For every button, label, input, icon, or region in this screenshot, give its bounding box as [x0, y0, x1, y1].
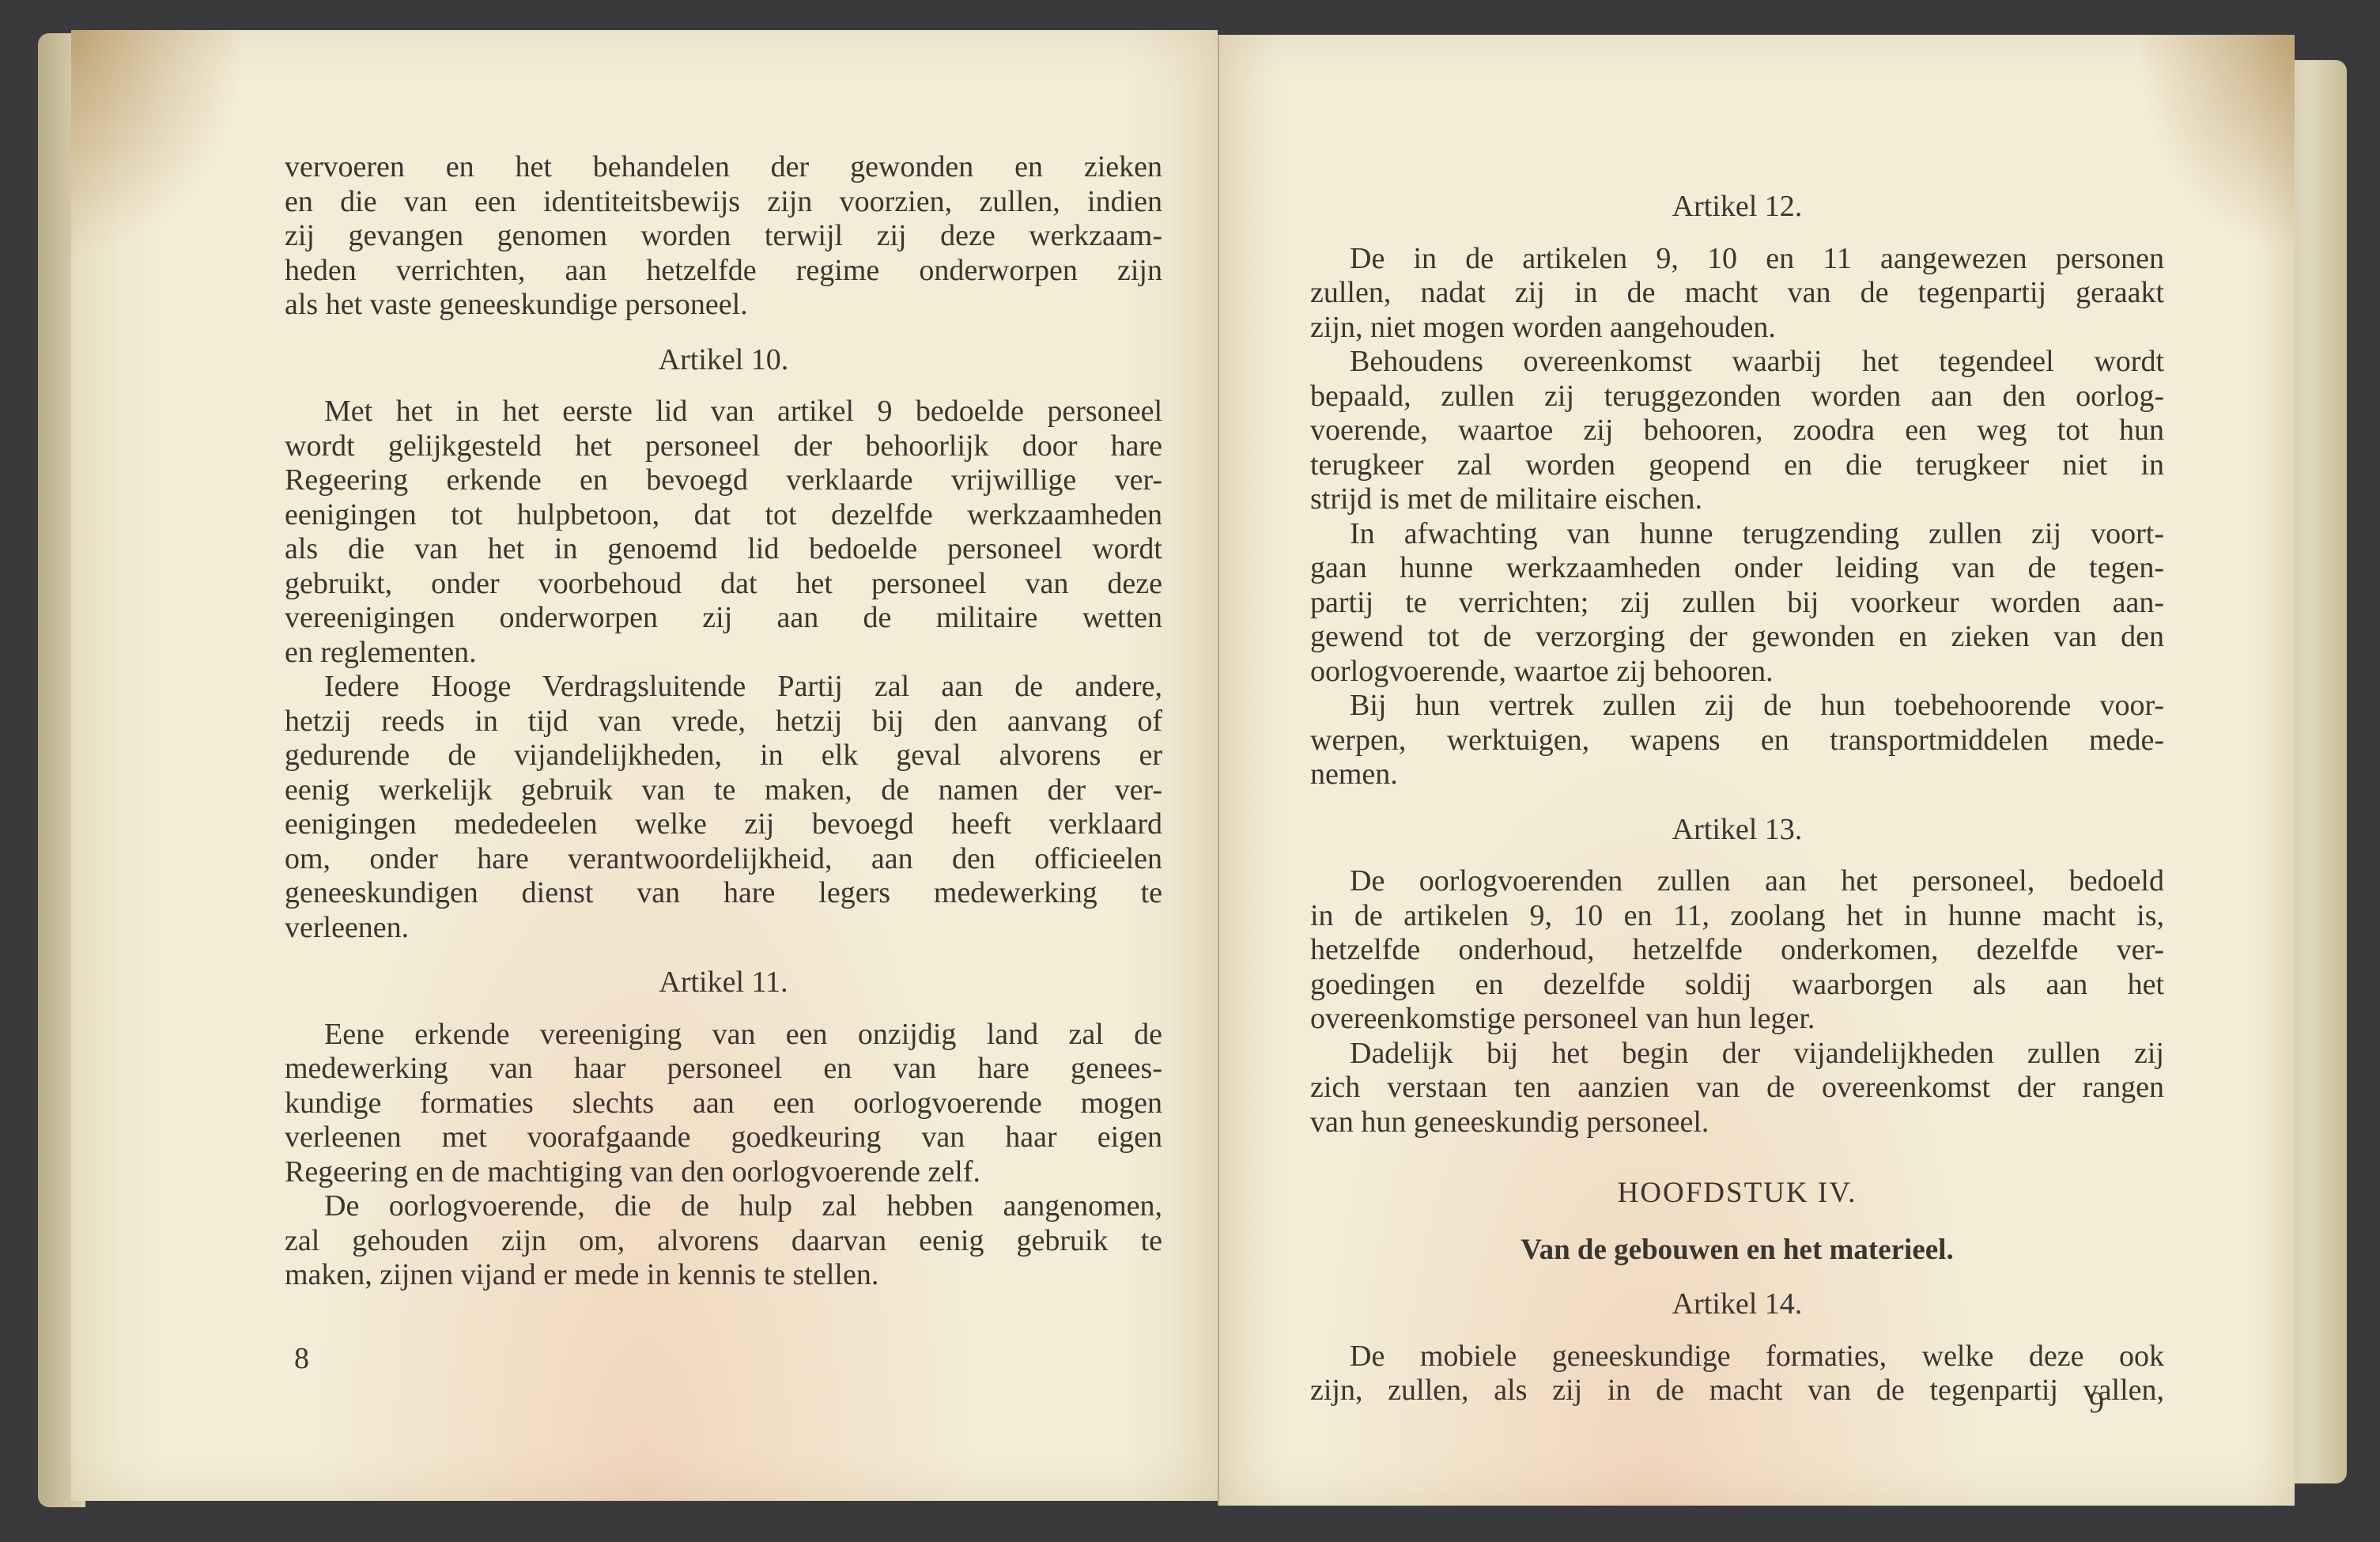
text-line: strijd is met de militaire eischen.	[1310, 482, 2164, 517]
paragraph: De in de artikelen 9, 10 en 11 aangeweze…	[1310, 242, 2164, 346]
text-line: voerende, waartoe zij behooren, zoodra e…	[1310, 414, 2164, 448]
article-heading: Artikel 14.	[1310, 1287, 2164, 1322]
text-line: goedingen en dezelfde soldij waarborgen …	[1310, 968, 2164, 1003]
text-line: geneeskundigen dienst van hare legers me…	[285, 876, 1162, 911]
text-line: van hun geneeskundig personeel.	[1310, 1105, 2164, 1140]
text-line: Regeering erkende en bevoegd verklaarde …	[285, 463, 1162, 498]
text-line: zijn, niet mogen worden aangehouden.	[1310, 311, 2164, 346]
text-line: De oorlogvoerende, die de hulp zal hebbe…	[285, 1189, 1162, 1224]
text-line: De oorlogvoerenden zullen aan het person…	[1310, 864, 2164, 899]
paragraph: Met het in het eerste lid van artikel 9 …	[285, 395, 1162, 670]
paragraph: De mobiele geneeskundige formaties, welk…	[1310, 1340, 2164, 1408]
text-line: Eene erkende vereeniging van een onzijdi…	[285, 1018, 1162, 1053]
paragraph: De oorlogvoerenden zullen aan het person…	[1310, 864, 2164, 1037]
article-heading: Artikel 13.	[1310, 813, 2164, 848]
open-book: vervoeren en het behandelen der gewonden…	[38, 30, 2347, 1510]
text-line: wordt gelijkgesteld het personeel der be…	[285, 429, 1162, 464]
text-line: zij gevangen genomen worden terwijl zij …	[285, 219, 1162, 254]
text-line: medewerking van haar personeel en van ha…	[285, 1052, 1162, 1087]
text-line: partij te verrichten; zij zullen bij voo…	[1310, 586, 2164, 621]
text-line: oorlogvoerende, waartoe zij behooren.	[1310, 655, 2164, 690]
paragraph: vervoeren en het behandelen der gewonden…	[285, 150, 1162, 323]
text-line: verleenen met voorafgaande goedkeuring v…	[285, 1121, 1162, 1155]
right-page-text: Artikel 12.De in de artikelen 9, 10 en 1…	[1310, 169, 2164, 1408]
paragraph: Bij hun vertrek zullen zij de hun toebeh…	[1310, 689, 2164, 792]
chapter-subtitle: Van de gebouwen en het materieel.	[1310, 1233, 2164, 1268]
text-line: als die van het in genoemd lid bedoelde …	[285, 532, 1162, 567]
paragraph: Dadelijk bij het begin der vijandelijkhe…	[1310, 1037, 2164, 1140]
text-line: Met het in het eerste lid van artikel 9 …	[285, 395, 1162, 429]
text-line: hetzelfde onderhoud, hetzelfde onderkome…	[1310, 933, 2164, 968]
text-line: terugkeer zal worden geopend en die teru…	[1310, 448, 2164, 483]
text-line: Bij hun vertrek zullen zij de hun toebeh…	[1310, 689, 2164, 724]
text-line: zich verstaan ten aanzien van de overeen…	[1310, 1071, 2164, 1105]
text-line: werpen, werktuigen, wapens en transportm…	[1310, 724, 2164, 758]
text-line: Dadelijk bij het begin der vijandelijkhe…	[1310, 1037, 2164, 1071]
text-line: bepaald, zullen zij teruggezonden worden…	[1310, 380, 2164, 414]
text-line: in de artikelen 9, 10 en 11, zoolang het…	[1310, 899, 2164, 934]
text-line: zal gehouden zijn om, alvorens daarvan e…	[285, 1224, 1162, 1259]
text-line: eenigingen mededeelen welke zij bevoegd …	[285, 807, 1162, 842]
text-line: vereenigingen onderworpen zij aan de mil…	[285, 601, 1162, 636]
text-line: Regeering en de machtiging van den oorlo…	[285, 1155, 1162, 1190]
text-line: Behoudens overeenkomst waarbij het tegen…	[1310, 345, 2164, 380]
text-line: zullen, nadat zij in de macht van de teg…	[1310, 276, 2164, 311]
left-page-text: vervoeren en het behandelen der gewonden…	[285, 150, 1162, 1293]
text-line: en die van een identiteitsbewijs zijn vo…	[285, 185, 1162, 220]
text-line: heden verrichten, aan hetzelfde regime o…	[285, 254, 1162, 289]
right-page: Artikel 12.De in de artikelen 9, 10 en 1…	[1218, 35, 2295, 1506]
text-line: gebruikt, onder voorbehoud dat het perso…	[285, 567, 1162, 602]
paragraph: Behoudens overeenkomst waarbij het tegen…	[1310, 345, 2164, 517]
article-heading: Artikel 11.	[285, 966, 1162, 1000]
paragraph: De oorlogvoerende, die de hulp zal hebbe…	[285, 1189, 1162, 1293]
text-line: kundige formaties slechts aan een oorlog…	[285, 1087, 1162, 1121]
page-number-right: 9	[2089, 1385, 2104, 1420]
text-line: De in de artikelen 9, 10 en 11 aangeweze…	[1310, 242, 2164, 277]
text-line: gewend tot de verzorging der gewonden en…	[1310, 620, 2164, 655]
left-page: vervoeren en het behandelen der gewonden…	[71, 30, 1218, 1501]
text-line: maken, zijnen vijand er mede in kennis t…	[285, 1258, 1162, 1293]
text-line: om, onder hare verantwoordelijkheid, aan…	[285, 842, 1162, 877]
text-line: verleenen.	[285, 911, 1162, 946]
article-heading: Artikel 10.	[285, 343, 1162, 378]
paragraph: Iedere Hooge Verdragsluitende Partij zal…	[285, 670, 1162, 945]
text-line: zijn, zullen, als zij in de macht van de…	[1310, 1374, 2164, 1408]
text-line: gaan hunne werkzaamheden onder leiding v…	[1310, 551, 2164, 586]
text-line: hetzij reeds in tijd van vrede, hetzij b…	[285, 705, 1162, 739]
text-line: eenig werkelijk gebruik van te maken, de…	[285, 773, 1162, 808]
text-line: vervoeren en het behandelen der gewonden…	[285, 150, 1162, 185]
text-line: als het vaste geneeskundige personeel.	[285, 288, 1162, 323]
text-line: De mobiele geneeskundige formaties, welk…	[1310, 1340, 2164, 1374]
page-number-left: 8	[294, 1341, 309, 1376]
chapter-heading: HOOFDSTUK IV.	[1310, 1176, 2164, 1211]
text-line: In afwachting van hunne terugzending zul…	[1310, 517, 2164, 552]
text-line: en reglementen.	[285, 636, 1162, 671]
paragraph: Eene erkende vereeniging van een onzijdi…	[285, 1018, 1162, 1190]
text-line: gedurende de vijandelijkheden, in elk ge…	[285, 739, 1162, 773]
article-heading: Artikel 12.	[1310, 190, 2164, 225]
text-line: Iedere Hooge Verdragsluitende Partij zal…	[285, 670, 1162, 705]
paragraph: In afwachting van hunne terugzending zul…	[1310, 517, 2164, 690]
text-line: overeenkomstige personeel van hun leger.	[1310, 1002, 2164, 1037]
text-line: eenigingen tot hulpbetoon, dat tot dezel…	[285, 498, 1162, 533]
text-line: nemen.	[1310, 758, 2164, 792]
